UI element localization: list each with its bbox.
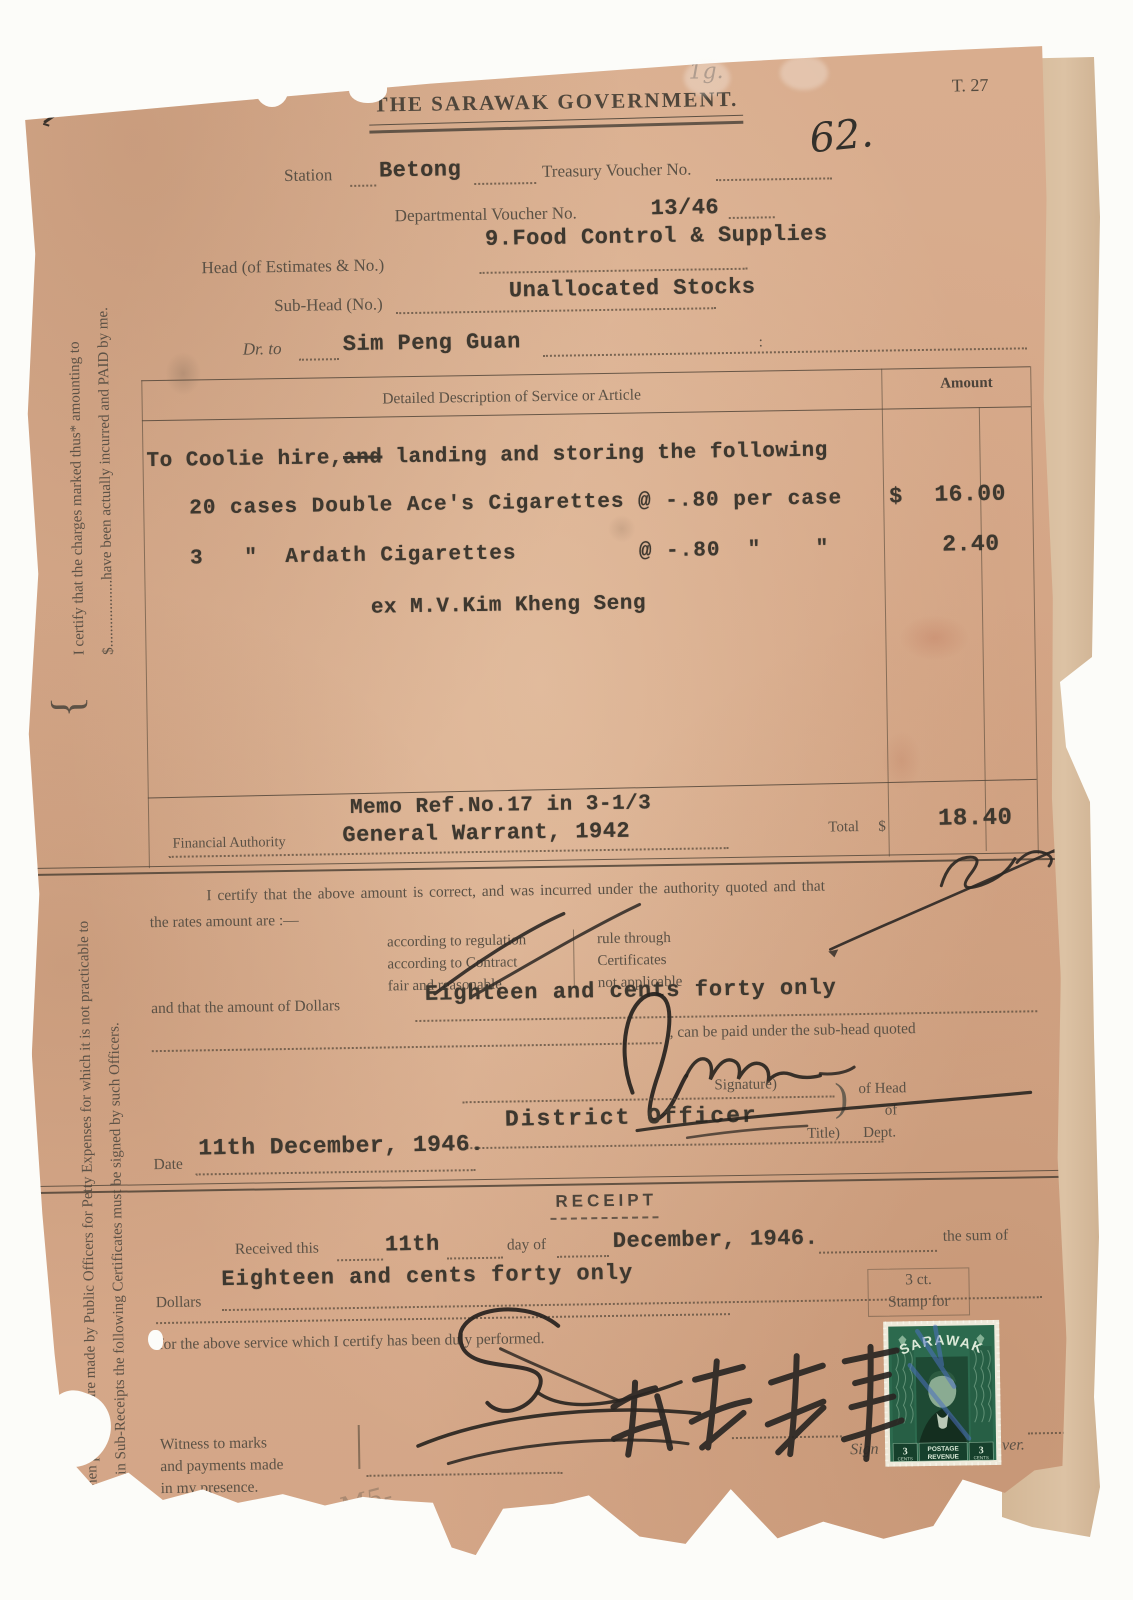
memo-reference: Memo Ref.No.17 in 3-1/3: [350, 792, 652, 820]
stamp-box: 3 ct. Stamp for: [867, 1267, 970, 1317]
stamp-unit-right: CENTS: [974, 1455, 989, 1460]
table-row: To Coolie hire,and landing and storing t…: [146, 439, 828, 473]
dotted-rule: [337, 1257, 383, 1262]
stain-spot: [899, 614, 970, 661]
certifying-officer-signature: [822, 826, 1074, 962]
stain-spot: [607, 514, 635, 542]
witness-line2: and payments made: [160, 1456, 283, 1476]
receipt-heading-underline: [550, 1216, 658, 1220]
margin-note-vertical: When payments are made by Public Officer…: [66, 691, 137, 1502]
sum-of-label: the sum of: [943, 1227, 1009, 1246]
table-right-border: [1030, 366, 1039, 854]
dotted-rule: [716, 175, 832, 181]
dotted-rule: [480, 266, 748, 274]
row1-text: To Coolie hire,: [146, 447, 343, 473]
head-label: Head (of Estimates & No.): [201, 255, 384, 278]
financial-authority-value: General Warrant, 1942: [342, 819, 630, 849]
stamp-postage-label: POSTAGE: [927, 1446, 959, 1454]
dotted-rule: [543, 345, 1027, 357]
row1-struck-word: and: [343, 446, 383, 470]
dotted-rule: [1028, 1430, 1068, 1435]
witness-line1: Witness to marks: [160, 1434, 267, 1454]
station-label: Station: [284, 165, 332, 186]
table-amount-divider: [881, 369, 890, 857]
row1-text-cont: landing and storing the following: [382, 439, 828, 469]
station-value: Betong: [379, 157, 462, 183]
treasury-voucher-number-handwritten: 62.: [807, 110, 875, 162]
dotted-rule: [819, 1248, 937, 1254]
dotted-rule: [474, 180, 536, 185]
table-row: ex M.V.Kim Kheng Seng: [371, 592, 646, 619]
dotted-rule: [447, 1255, 503, 1260]
receipt-month-value: December, 1946.: [613, 1226, 819, 1254]
treasury-voucher-label: Treasury Voucher No.: [542, 160, 692, 182]
margin-certificate-vertical: I certify that the charges marked thus* …: [58, 165, 124, 656]
chinese-signature: [598, 1318, 921, 1498]
table-top-rule: [141, 366, 1030, 381]
table-cents-line: [979, 407, 987, 851]
officer-title-strike: [626, 1080, 1047, 1143]
receipt-day-value: 11th: [385, 1232, 440, 1258]
punch-hole: [349, 76, 387, 103]
departmental-voucher-label: Departmental Voucher No.: [395, 203, 577, 226]
section-double-rule: [32, 1170, 1060, 1194]
dotted-rule: [196, 1167, 476, 1175]
punch-hole: [256, 74, 288, 107]
dotted-rule: [299, 356, 339, 361]
row3-amount: 2.40: [898, 530, 1044, 558]
subhead-label: Sub-Head (No.): [274, 294, 383, 316]
form-code: T. 27: [952, 75, 989, 97]
title-double-underline: [369, 115, 743, 134]
stamp-box-line1: 3 ct.: [868, 1270, 968, 1290]
punch-hole-ghost: [780, 56, 828, 90]
dotted-rule: [350, 183, 376, 187]
stamp-revenue-label: REVENUE: [928, 1454, 960, 1462]
ink-smudge: [165, 351, 202, 396]
dotted-rule: [729, 214, 775, 219]
subhead-value: Unallocated Stocks: [509, 275, 756, 304]
dotted-rule: [396, 305, 716, 314]
description-column-header: Detailed Description of Service or Artic…: [261, 385, 761, 411]
financial-authority-label: Financial Authority: [172, 834, 285, 853]
dollars-label: Dollars: [156, 1293, 202, 1312]
witness-line3: in my presence.: [161, 1479, 259, 1499]
dr-to-label: Dr. to: [243, 339, 282, 360]
dr-to-value: Sim Peng Guan: [343, 329, 522, 357]
row2-amount: 16.00: [897, 480, 1043, 508]
amount-column-header: Amount: [911, 374, 1021, 393]
receipt-heading: RECEIPT: [536, 1190, 676, 1212]
day-of-label: day of: [507, 1236, 546, 1255]
table-row: 3 " Ardath Cigarettes @ -.80 " ": [190, 537, 830, 570]
date-label: Date: [153, 1156, 183, 1174]
signature-of-receiver-right: ver.: [1002, 1436, 1025, 1454]
head-value: 9.Food Control & Supplies: [485, 221, 828, 251]
pencil-bottom-mark: M5-: [336, 1480, 396, 1524]
departmental-voucher-value: 13/46: [650, 195, 719, 221]
staple-mark: [37, 87, 108, 132]
punch-hole-ghost: [684, 60, 730, 96]
amount-in-words-label: and that the amount of Dollars: [151, 997, 340, 1018]
received-this-label: Received this: [235, 1240, 319, 1259]
dotted-rule: [557, 1253, 609, 1258]
stray-colon: :: [759, 334, 763, 351]
date-value: 11th December, 1946.: [198, 1131, 484, 1161]
stamp-box-line2: Stamp for: [869, 1292, 969, 1312]
tear-hole-small: [148, 1330, 163, 1350]
certify-line2: the rates amount are :—: [150, 912, 299, 932]
table-row: 20 cases Double Ace's Cigarettes @ -.80 …: [189, 487, 842, 520]
voucher-sheet: 1g. I certify that the charges marked th…: [10, 38, 1074, 1574]
